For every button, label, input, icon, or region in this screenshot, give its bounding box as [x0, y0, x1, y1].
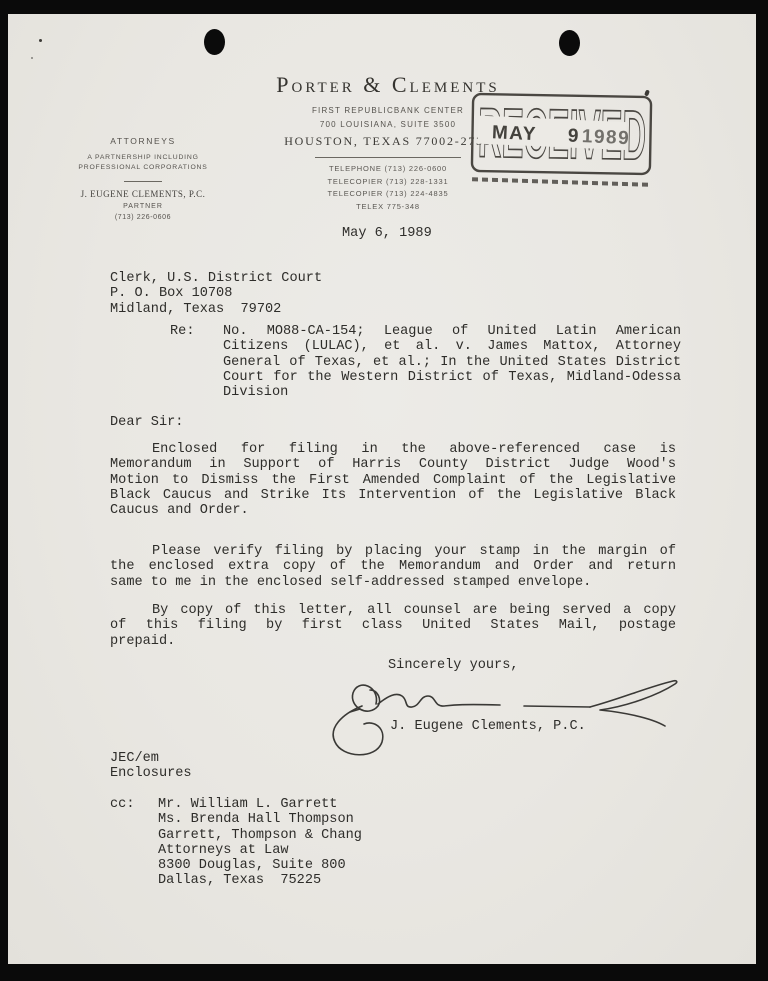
stamp-year: 1989	[581, 126, 630, 149]
body-line: Black Caucus and Strike Its Intervention…	[110, 488, 676, 503]
punch-hole-left	[204, 29, 225, 55]
signature-stroke	[524, 706, 590, 707]
body-line: Please verify filing by placing your sta…	[110, 544, 676, 559]
scanned-letter-page: Porter & Clements FIRST REPUBLICBANK CEN…	[8, 14, 756, 964]
letterhead-divider	[315, 157, 461, 158]
body-line: By copy of this letter, all counsel are …	[110, 603, 676, 618]
scan-speck	[31, 57, 33, 59]
recipient-address: Clerk, U.S. District Court P. O. Box 107…	[110, 271, 322, 317]
paragraph-3: By copy of this letter, all counsel are …	[110, 603, 676, 649]
letterhead-left-column: ATTORNEYS A PARTNERSHIP INCLUDING PROFES…	[38, 136, 248, 221]
paragraph-1: Enclosed for filing in the above-referen…	[110, 442, 676, 518]
re-line: No. MO88-CA-154; League of United Latin …	[223, 324, 681, 339]
typist-initials: JEC/em	[110, 751, 192, 766]
punch-hole-right	[559, 30, 580, 56]
enclosures-note: Enclosures	[110, 766, 192, 781]
signature-stroke	[352, 685, 379, 711]
signer-name: J. Eugene Clements, P.C.	[390, 719, 586, 734]
cc-line: Ms. Brenda Hall Thompson	[158, 812, 362, 827]
attorney-phone: (713) 226-0606	[38, 214, 248, 221]
body-line: prepaid.	[110, 634, 676, 649]
cc-list: Mr. William L. Garrett Ms. Brenda Hall T…	[158, 797, 362, 889]
attorneys-label: ATTORNEYS	[38, 136, 248, 146]
re-label: Re:	[170, 324, 194, 339]
paragraph-2: Please verify filing by placing your sta…	[110, 544, 676, 590]
re-line: General of Texas, et al.; In the United …	[223, 355, 681, 370]
partnership-line-1: A PARTNERSHIP INCLUDING	[38, 153, 248, 163]
attorney-role: PARTNER	[38, 203, 248, 210]
body-line: Memorandum in Support of Harris County D…	[110, 457, 676, 472]
body-line: Enclosed for filing in the above-referen…	[110, 442, 676, 457]
stamp-month: MAY	[492, 122, 538, 145]
re-line: Court for the Western District of Texas,…	[223, 370, 681, 385]
body-line: Motion to Dismiss the First Amended Comp…	[110, 473, 676, 488]
left-column-divider	[124, 181, 162, 182]
cc-label: cc:	[110, 797, 134, 812]
scan-speck	[39, 39, 42, 42]
salutation: Dear Sir:	[110, 415, 183, 430]
recipient-line: P. O. Box 10708	[110, 286, 322, 301]
re-line: Division	[223, 385, 681, 400]
body-line: Caucus and Order.	[110, 503, 676, 518]
cc-line: Mr. William L. Garrett	[158, 797, 362, 812]
signature-stroke	[378, 694, 500, 707]
cc-line: Garrett, Thompson & Chang	[158, 828, 362, 843]
signature-stroke	[333, 706, 383, 755]
re-line: Citizens (LULAC), et al. v. James Mattox…	[223, 339, 681, 354]
recipient-line: Clerk, U.S. District Court	[110, 271, 322, 286]
partnership-line-2: PROFESSIONAL CORPORATIONS	[38, 163, 248, 173]
reference-block: JEC/em Enclosures	[110, 751, 192, 782]
letterhead-telecopier-2: TELECOPIER (713) 224-4835	[218, 188, 558, 201]
signature-stroke	[590, 681, 677, 726]
stamp-day: 9	[567, 126, 580, 148]
received-stamp: RECEIVED MAY 9 1989	[469, 90, 654, 179]
letterhead-telex: TELEX 775-348	[218, 201, 558, 214]
cc-line: Attorneys at Law	[158, 843, 362, 858]
closing: Sincerely yours,	[388, 658, 519, 673]
body-line: of this filing by first class United Sta…	[110, 618, 676, 633]
re-subject: No. MO88-CA-154; League of United Latin …	[223, 324, 681, 400]
body-line: the enclosed extra copy of the Memorandu…	[110, 559, 676, 574]
attorney-name: J. EUGENE CLEMENTS, P.C.	[38, 189, 248, 199]
recipient-line: Midland, Texas 79702	[110, 302, 322, 317]
body-line: same to me in the enclosed self-addresse…	[110, 575, 676, 590]
letter-date: May 6, 1989	[342, 226, 432, 241]
cc-line: 8300 Douglas, Suite 800	[158, 858, 362, 873]
cc-line: Dallas, Texas 75225	[158, 873, 362, 888]
